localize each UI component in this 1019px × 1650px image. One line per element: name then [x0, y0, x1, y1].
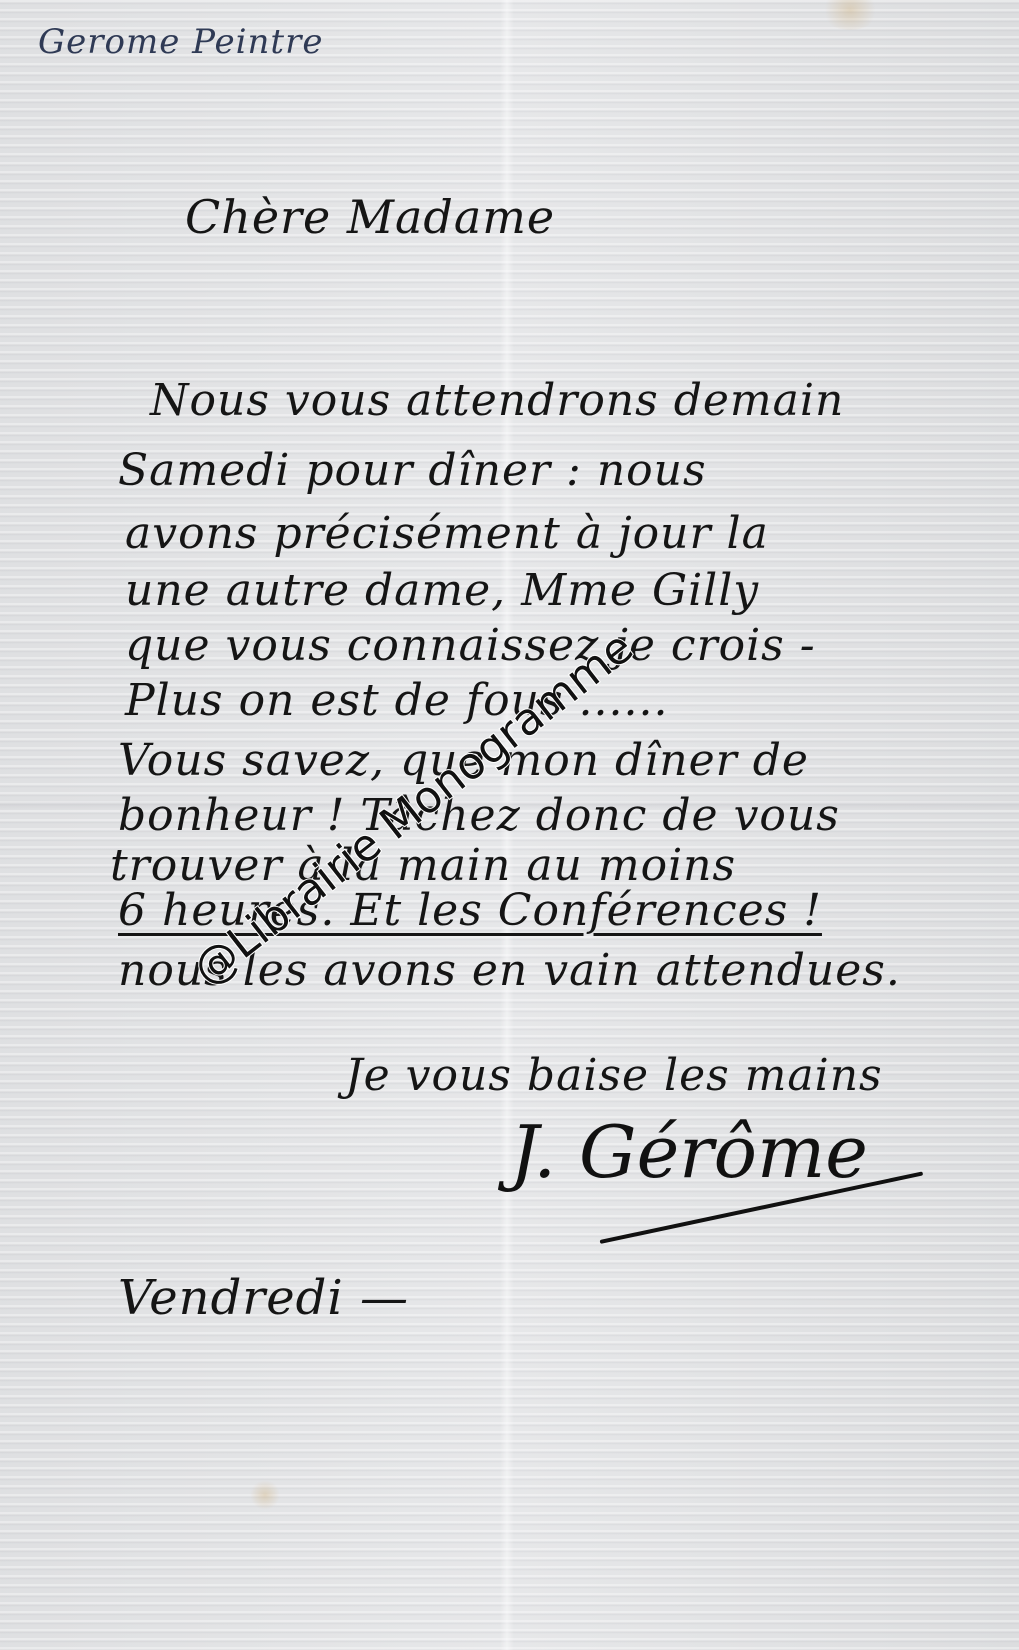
body-line-1: Nous vous attendrons demain — [150, 375, 844, 426]
closing: Je vous baise les mains — [345, 1050, 883, 1101]
body-line-9: trouver à la main au moins — [110, 840, 736, 891]
body-line-5: que vous connaissez je crois - — [125, 620, 816, 671]
body-line-8: bonheur ! Tâchez donc de vous — [118, 790, 840, 841]
signature: J. Gérôme — [510, 1110, 868, 1194]
letter-sheet: Gerome Peintre Chère Madame Nous vous at… — [0, 0, 1019, 1650]
body-line-4: une autre dame, Mme Gilly — [125, 565, 759, 616]
paper-stain — [250, 1480, 280, 1510]
dateline: Vendredi — — [118, 1270, 409, 1326]
body-line-3: avons précisément à jour la — [125, 508, 769, 559]
salutation: Chère Madame — [185, 190, 555, 244]
paper-stain — [820, 0, 880, 30]
body-line-2: Samedi pour dîner : nous — [118, 445, 707, 496]
pencil-annotation: Gerome Peintre — [38, 22, 323, 62]
